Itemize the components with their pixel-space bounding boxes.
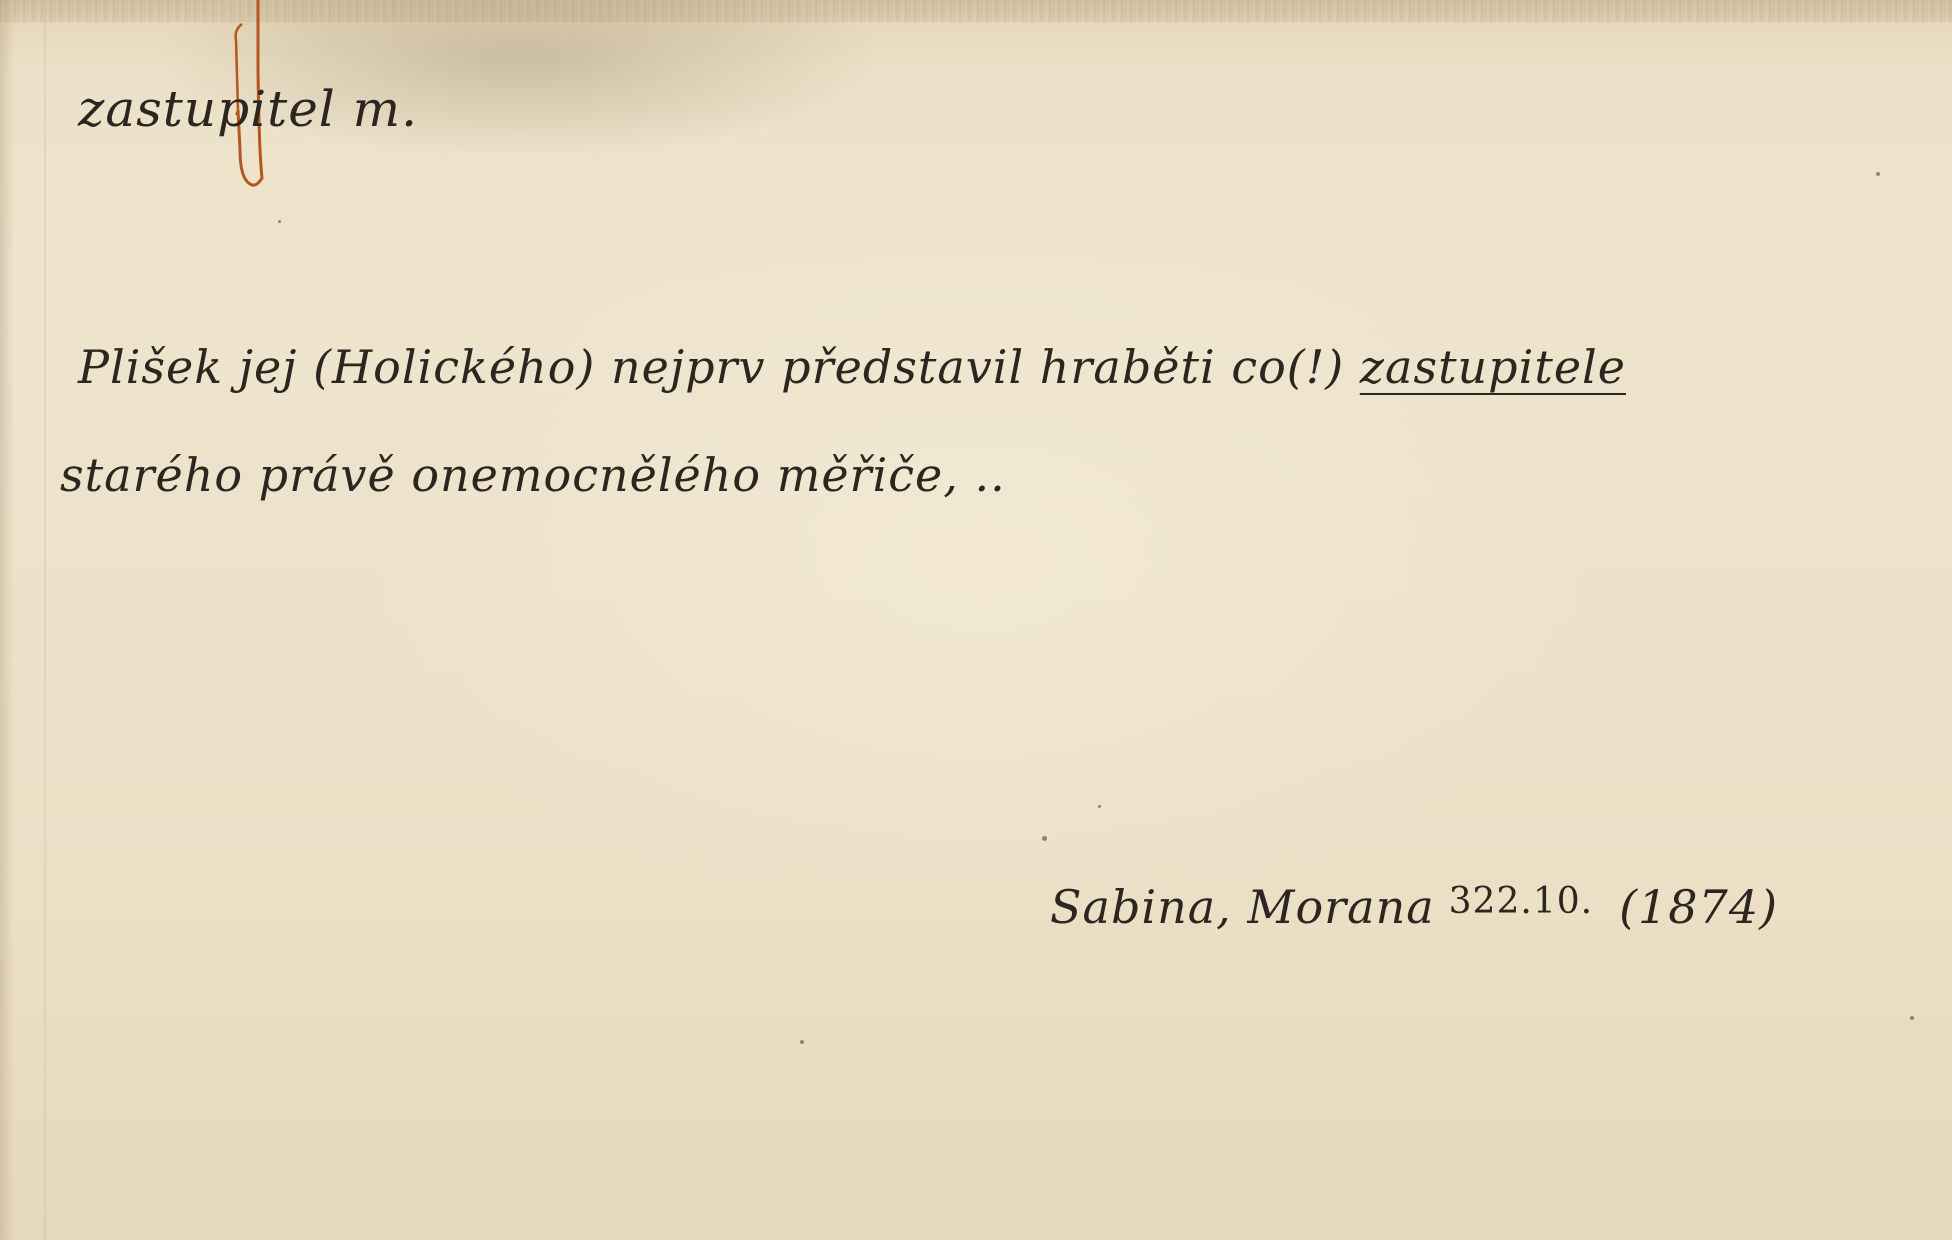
scan-left-edge (0, 0, 14, 1240)
headword: zastupitel m. (78, 80, 418, 138)
card-margin-line (44, 0, 46, 1240)
excerpt-card: zastupitel m. Plišek jej (Holického) nej… (0, 0, 1952, 1240)
paper-speck (1042, 836, 1047, 841)
paper-speck (1910, 1016, 1914, 1020)
citation-author-work: Sabina, Morana (1050, 880, 1435, 934)
paper-speck (278, 220, 281, 223)
underlined-headword-occurrence: zastupitele (1360, 340, 1626, 394)
paper-speck (1876, 172, 1880, 176)
paper-speck (1098, 805, 1101, 808)
quote-text: Plišek jej (Holického) nejprv představil… (78, 340, 1360, 394)
citation-year: (1874) (1619, 880, 1778, 934)
citation-page-ref: 322.10. (1449, 881, 1593, 922)
paper-speck (800, 1040, 804, 1044)
scan-top-edge (0, 0, 1952, 22)
source-citation: Sabina, Morana322.10.(1874) (1050, 880, 1778, 934)
quote-line-2: starého právě onemocnělého měřiče, .. (60, 448, 1006, 502)
quote-line-1: Plišek jej (Holického) nejprv představil… (78, 340, 1626, 394)
